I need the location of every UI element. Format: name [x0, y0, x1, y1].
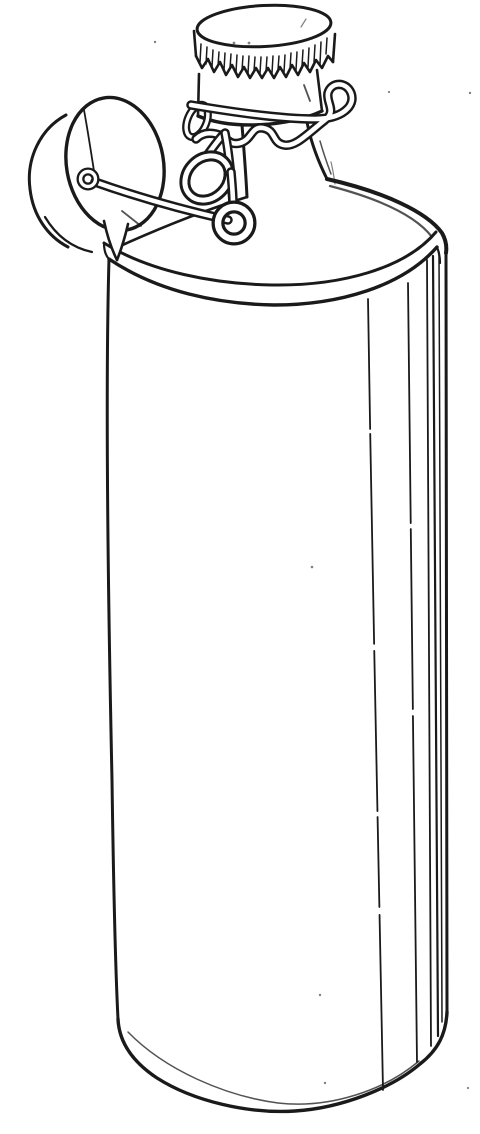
cap-top: [196, 2, 332, 50]
artwork: [29, 2, 471, 1111]
bottle-silhouette: [104, 122, 447, 1111]
chain-links: [176, 133, 238, 209]
illustration-canvas: Line drawing of a cylindrical swing-top …: [0, 0, 480, 1134]
bottle-line-art: Line drawing of a cylindrical swing-top …: [0, 0, 480, 1134]
